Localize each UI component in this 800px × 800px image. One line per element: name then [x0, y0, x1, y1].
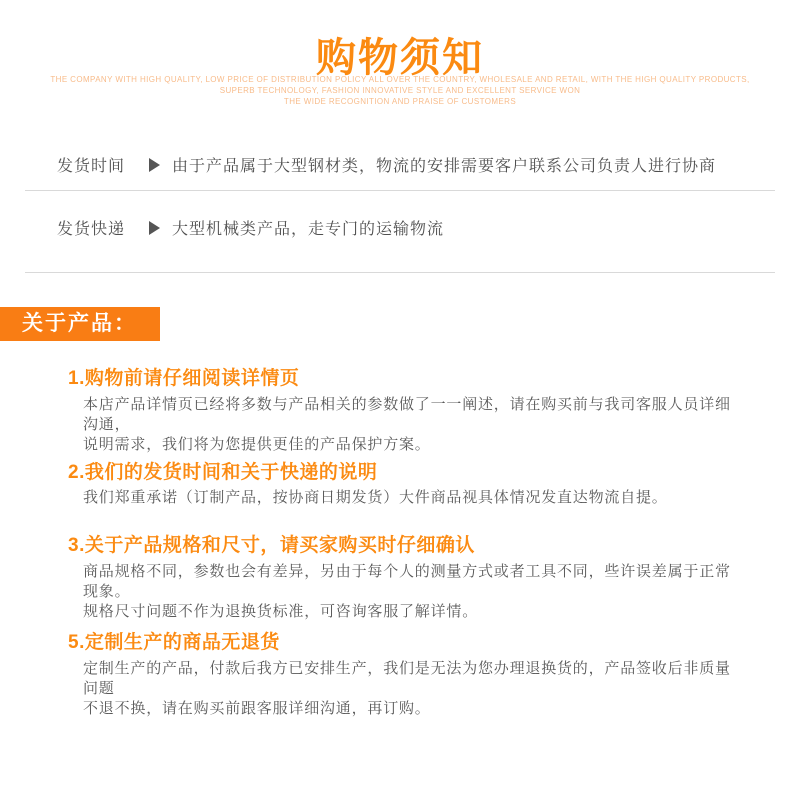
- tagline-line: THE COMPANY WITH HIGH QUALITY, LOW PRICE…: [0, 74, 800, 85]
- section-1-body: 本店产品详情页已经将多数与产品相关的参数做了一一阐述，请在购买前与我司客服人员详…: [83, 395, 740, 455]
- body-line: 说明需求，我们将为您提供更佳的产品保护方案。: [83, 435, 740, 455]
- section-2-title: 2.我们的发货时间和关于快递的说明: [68, 457, 377, 484]
- right-triangle-icon: [149, 158, 160, 172]
- section-3-body: 商品规格不同，参数也会有差异，另由于每个人的测量方式或者工具不同，些许误差属于正…: [83, 562, 740, 622]
- shipping-express-row: 发货快递 大型机械类产品，走专门的运输物流: [57, 216, 770, 239]
- body-line: 商品规格不同，参数也会有差异，另由于每个人的测量方式或者工具不同，些许误差属于正…: [83, 562, 740, 602]
- divider: [25, 272, 775, 273]
- tagline-line: THE WIDE RECOGNITION AND PRAISE OF CUSTO…: [0, 96, 800, 107]
- tagline-line: SUPERB TECHNOLOGY, FASHION INNOVATIVE ST…: [0, 85, 800, 96]
- header-tagline: THE COMPANY WITH HIGH QUALITY, LOW PRICE…: [0, 74, 800, 107]
- shopping-notice-page: 购物须知 THE COMPANY WITH HIGH QUALITY, LOW …: [0, 0, 800, 800]
- section-5-title: 5.定制生产的商品无退货: [68, 627, 280, 654]
- section-3-title: 3.关于产品规格和尺寸，请买家购买时仔细确认: [68, 530, 475, 557]
- shipping-express-text: 大型机械类产品，走专门的运输物流: [172, 216, 444, 239]
- shipping-time-label: 发货时间: [57, 153, 125, 176]
- about-product-banner: 关于产品：: [0, 307, 160, 341]
- body-line: 不退不换，请在购买前跟客服详细沟通，再订购。: [83, 699, 740, 719]
- shipping-time-row: 发货时间 由于产品属于大型钢材类，物流的安排需要客户联系公司负责人进行协商: [57, 153, 770, 176]
- divider: [25, 190, 775, 191]
- shipping-express-label: 发货快递: [57, 216, 125, 239]
- section-2-body: 我们郑重承诺（订制产品，按协商日期发货）大件商品视具体情况发直达物流自提。: [83, 488, 740, 508]
- body-line: 本店产品详情页已经将多数与产品相关的参数做了一一阐述，请在购买前与我司客服人员详…: [83, 395, 740, 435]
- section-5-body: 定制生产的产品，付款后我方已安排生产，我们是无法为您办理退换货的，产品签收后非质…: [83, 659, 740, 719]
- shipping-time-text: 由于产品属于大型钢材类，物流的安排需要客户联系公司负责人进行协商: [172, 153, 716, 176]
- body-line: 定制生产的产品，付款后我方已安排生产，我们是无法为您办理退换货的，产品签收后非质…: [83, 659, 740, 699]
- body-line: 规格尺寸问题不作为退换货标准，可咨询客服了解详情。: [83, 602, 740, 622]
- section-1-title: 1.购物前请仔细阅读详情页: [68, 363, 299, 390]
- right-triangle-icon: [149, 221, 160, 235]
- body-line: 我们郑重承诺（订制产品，按协商日期发货）大件商品视具体情况发直达物流自提。: [83, 488, 740, 508]
